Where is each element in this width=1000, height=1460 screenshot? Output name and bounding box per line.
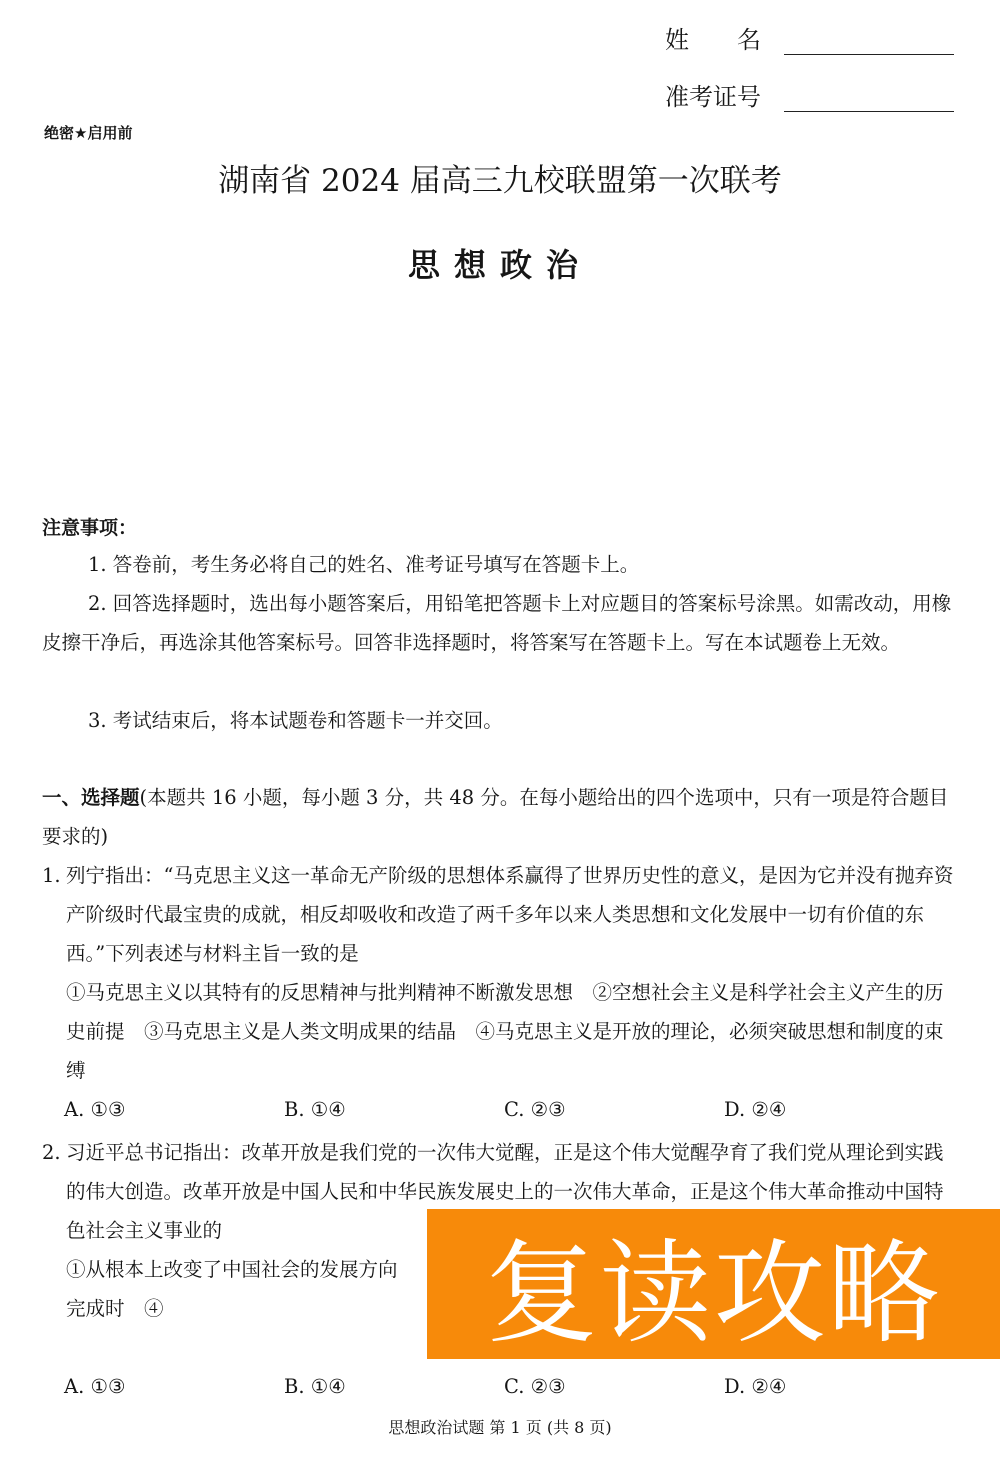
option-a[interactable]: A. ①③	[64, 1375, 284, 1398]
notice-item-1: 1. 答卷前，考生务必将自己的姓名、准考证号填写在答题卡上。	[42, 545, 958, 584]
page-footer: 思想政治试题 第 1 页 (共 8 页)	[0, 1415, 1000, 1438]
exam-id-label: 准考证号	[665, 77, 780, 112]
question-1: 1. 列宁指出：“马克思主义这一革命无产阶级的思想体系赢得了世界历史性的意义，是…	[42, 856, 958, 1090]
option-b[interactable]: B. ①④	[284, 1098, 504, 1121]
section-header: 一、选择题(本题共 16 小题，每小题 3 分，共 48 分。在每小题给出的四个…	[42, 778, 958, 856]
watermark-banner: 复读攻略	[427, 1209, 1000, 1359]
name-blank	[784, 30, 954, 55]
question-1-options: A. ①③ B. ①④ C. ②③ D. ②④	[64, 1098, 944, 1121]
question-stem: 列宁指出：“马克思主义这一革命无产阶级的思想体系赢得了世界历史性的意义，是因为它…	[66, 856, 958, 973]
question-2-options: A. ①③ B. ①④ C. ②③ D. ②④	[64, 1375, 944, 1398]
notice-item-3: 3. 考试结束后，将本试题卷和答题卡一并交回。	[42, 701, 958, 740]
section-title: 一、选择题	[42, 786, 140, 809]
option-c[interactable]: C. ②③	[504, 1098, 724, 1121]
option-c[interactable]: C. ②③	[504, 1375, 724, 1398]
option-d[interactable]: D. ②④	[724, 1375, 944, 1398]
secret-mark: 绝密★启用前	[44, 122, 132, 143]
subject-title: 思想政治	[0, 240, 1000, 286]
name-label: 姓 名	[665, 20, 780, 55]
option-a[interactable]: A. ①③	[64, 1098, 284, 1121]
question-number: 1.	[42, 856, 61, 895]
exam-id-field: 准考证号	[665, 77, 954, 112]
name-field: 姓 名	[665, 20, 954, 55]
exam-title: 湖南省 2024 届高三九校联盟第一次联考	[0, 155, 1000, 200]
question-statements: ①马克思主义以其特有的反思精神与批判精神不断激发思想 ②空想社会主义是科学社会主…	[66, 973, 958, 1090]
question-number: 2.	[42, 1133, 61, 1172]
exam-id-blank	[784, 87, 954, 112]
option-d[interactable]: D. ②④	[724, 1098, 944, 1121]
option-b[interactable]: B. ①④	[284, 1375, 504, 1398]
notice-heading: 注意事项：	[42, 513, 137, 540]
section-desc: (本题共 16 小题，每小题 3 分，共 48 分。在每小题给出的四个选项中，只…	[42, 786, 948, 848]
notice-item-2: 2. 回答选择题时，选出每小题答案后，用铅笔把答题卡上对应题目的答案标号涂黑。如…	[42, 584, 958, 662]
